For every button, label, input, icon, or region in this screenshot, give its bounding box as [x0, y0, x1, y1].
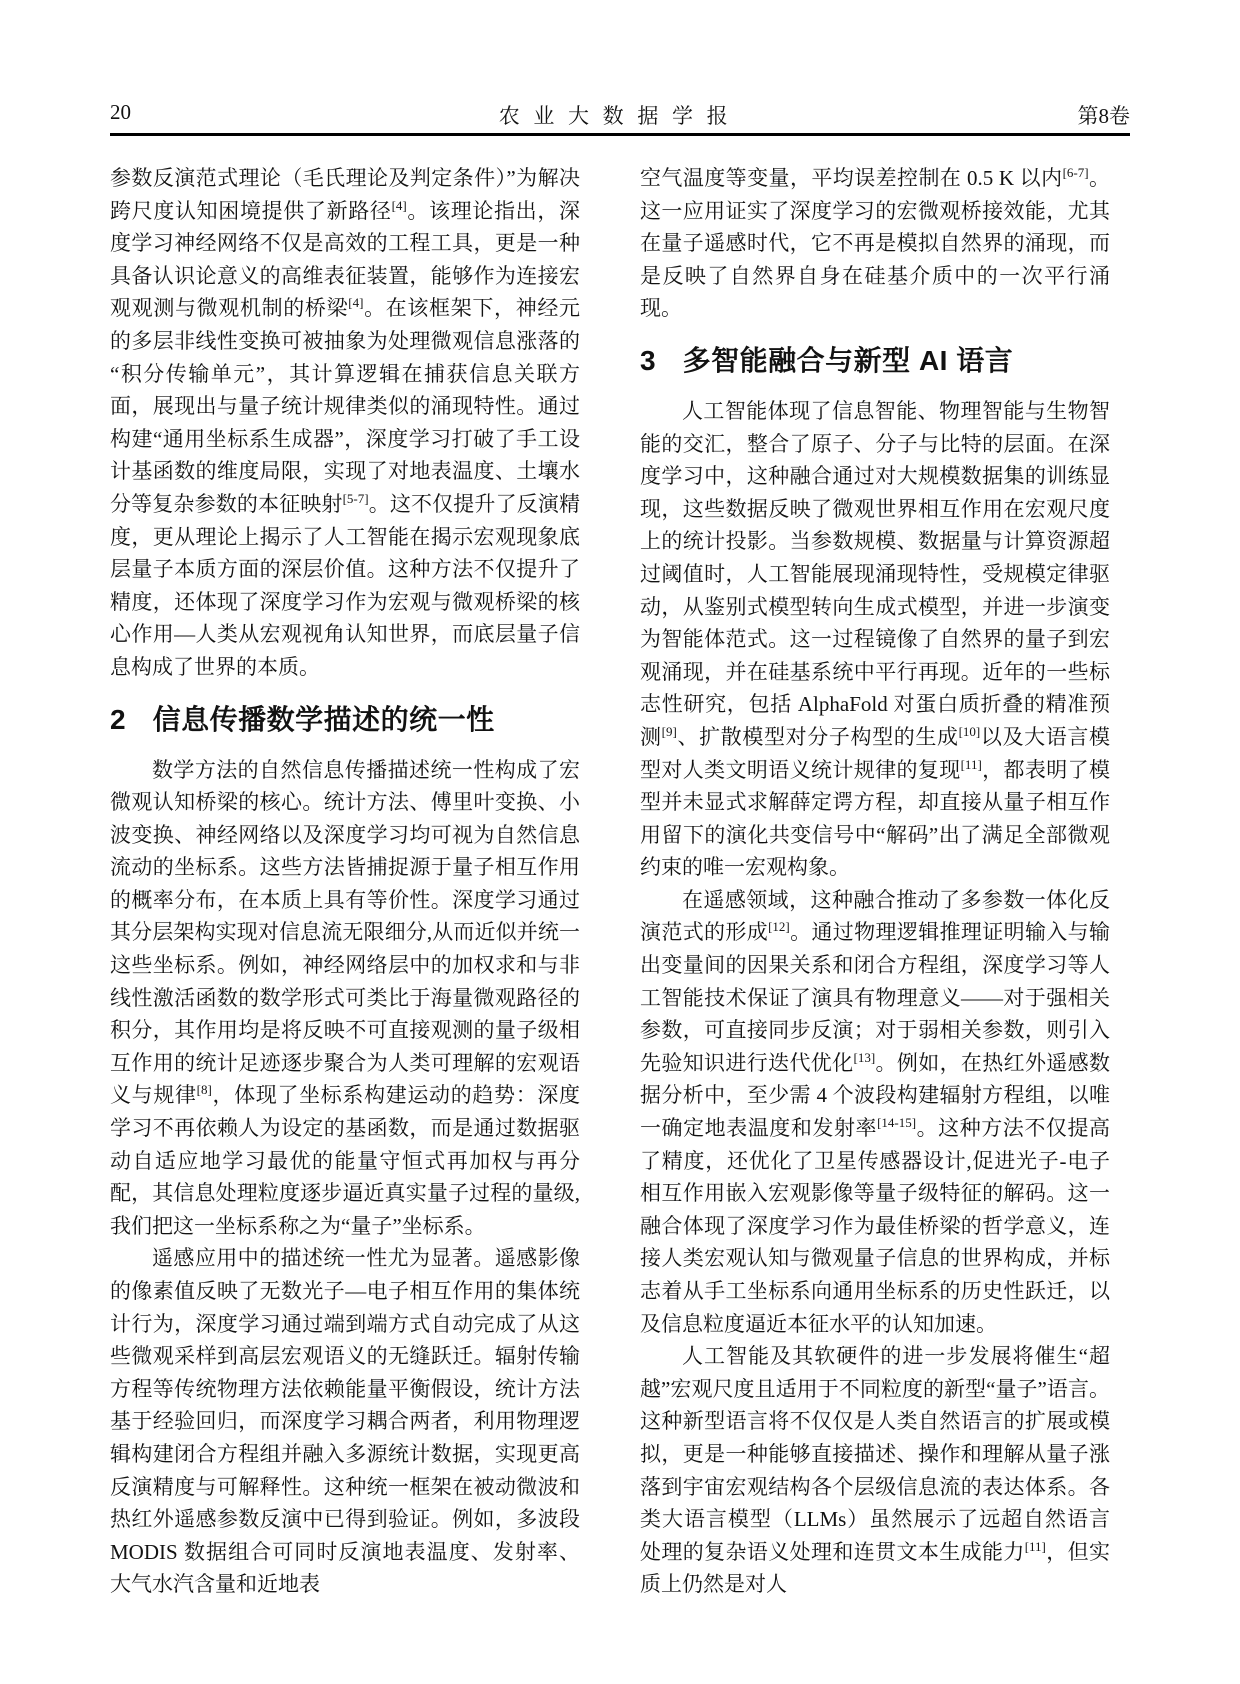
reference-marker: [14-15]	[877, 1115, 916, 1130]
reference-marker: [5-7]	[343, 491, 369, 506]
paragraph: 空气温度等变量，平均误差控制在 0.5 K 以内[6-7]。这一应用证实了深度学…	[640, 162, 1110, 325]
left-column: 参数反演范式理论（毛氏理论及判定条件）”为解决跨尺度认知困境提供了新路径[4]。…	[110, 162, 580, 1601]
section-number: 3	[640, 345, 656, 376]
section-heading: 3多智能融合与新型 AI 语言	[640, 341, 1110, 381]
paragraph: 数学方法的自然信息传播描述统一性构成了宏微观认知桥梁的核心。统计方法、傅里叶变换…	[110, 754, 580, 1243]
reference-marker: [11]	[961, 757, 982, 772]
reference-marker: [10]	[959, 724, 981, 739]
journal-page: 20 农业大数据学报 第8卷 参数反演范式理论（毛氏理论及判定条件）”为解决跨尺…	[0, 0, 1240, 1684]
header-rule	[110, 133, 1130, 136]
section-heading: 2信息传播数学描述的统一性	[110, 700, 580, 740]
reference-marker: [4]	[392, 198, 407, 213]
paragraph: 参数反演范式理论（毛氏理论及判定条件）”为解决跨尺度认知困境提供了新路径[4]。…	[110, 162, 580, 684]
right-column: 空气温度等变量，平均误差控制在 0.5 K 以内[6-7]。这一应用证实了深度学…	[640, 162, 1110, 1601]
paragraph: 人工智能体现了信息智能、物理智能与生物智能的交汇，整合了原子、分子与比特的层面。…	[640, 395, 1110, 884]
reference-marker: [6-7]	[1063, 165, 1089, 180]
section-number: 2	[110, 704, 126, 735]
reference-marker: [9]	[662, 724, 677, 739]
reference-marker: [13]	[854, 1050, 876, 1065]
reference-marker: [12]	[768, 919, 790, 934]
volume-label: 第8卷	[1078, 100, 1131, 130]
page-header: 20 农业大数据学报 第8卷	[110, 100, 1130, 130]
reference-marker: [11]	[1025, 1539, 1046, 1554]
paragraph: 遥感应用中的描述统一性尤为显著。遥感影像的像素值反映了无数光子—电子相互作用的集…	[110, 1242, 580, 1601]
reference-marker: [4]	[348, 295, 363, 310]
page-number: 20	[110, 100, 131, 125]
section-title: 多智能融合与新型 AI 语言	[683, 345, 1014, 376]
reference-marker: [8]	[197, 1082, 212, 1097]
paragraph: 在遥感领域，这种融合推动了多参数一体化反演范式的形成[12]。通过物理逻辑推理证…	[640, 884, 1110, 1340]
journal-title: 农业大数据学报	[499, 100, 742, 130]
paragraph: 人工智能及其软硬件的进一步发展将催生“超越”宏观尺度且适用于不同粒度的新型“量子…	[640, 1340, 1110, 1601]
section-title: 信息传播数学描述的统一性	[153, 704, 495, 735]
